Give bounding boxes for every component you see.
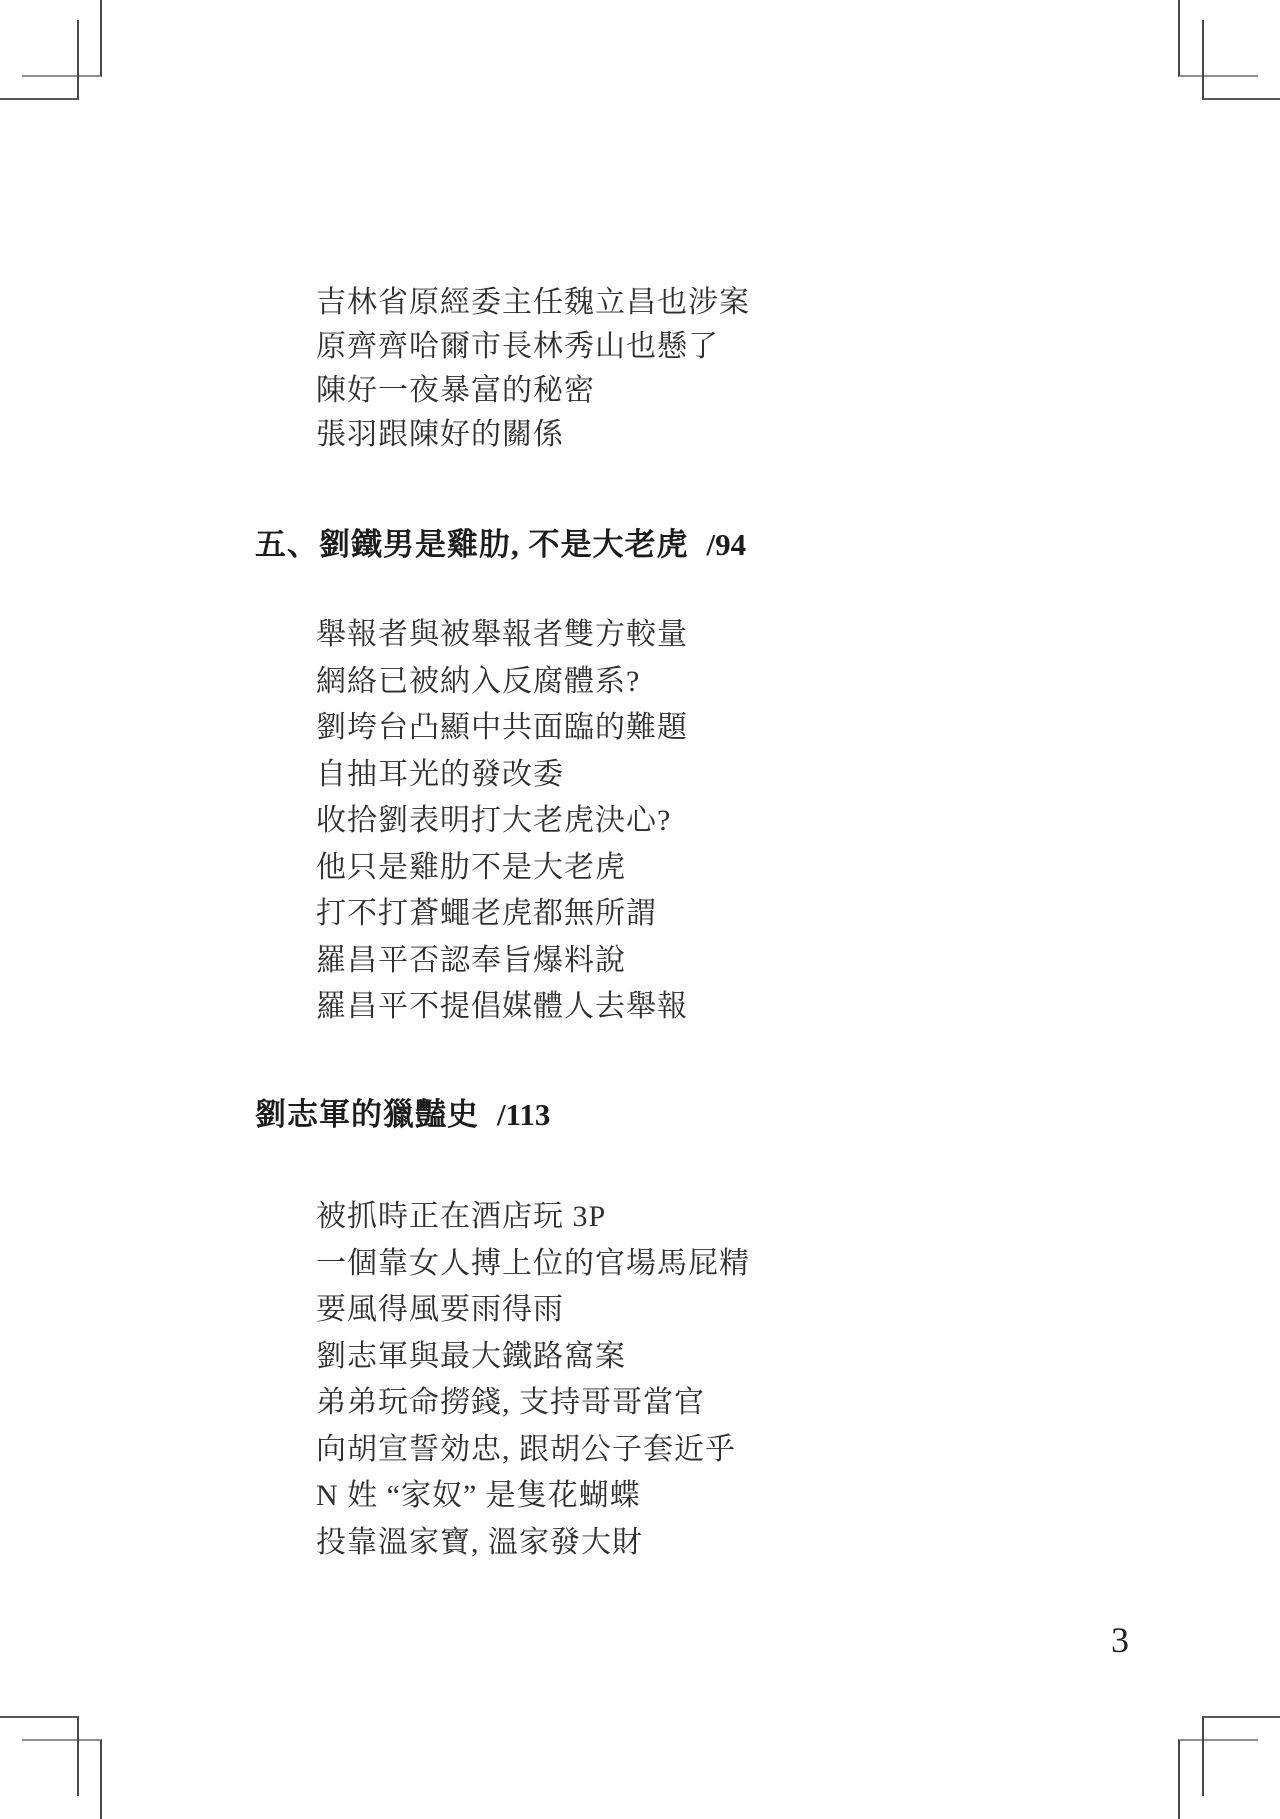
toc-entry: 原齊齊哈爾市長林秀山也懸了 xyxy=(316,325,750,369)
toc-entry: 羅昌平不提倡媒體人去舉報 xyxy=(316,984,688,1031)
crop-mark-top-right-inner xyxy=(1202,20,1280,100)
toc-entry: 弟弟玩命撈錢, 支持哥哥當官 xyxy=(316,1380,750,1427)
toc-entry: 吉林省原經委主任魏立昌也涉案 xyxy=(316,281,750,325)
book-toc-page: 吉林省原經委主任魏立昌也涉案 原齊齊哈爾市長林秀山也懸了 陳好一夜暴富的秘密 張… xyxy=(0,0,1280,1819)
toc-entry: 打不打蒼蠅老虎都無所謂 xyxy=(316,891,688,938)
toc-subentry-list-2: 舉報者與被舉報者雙方較量 網絡已被納入反腐體系? 劉垮台凸顯中共面臨的難題 自抽… xyxy=(316,612,688,1031)
crop-mark-top-left-inner xyxy=(0,20,79,100)
toc-subentry-list-3: 被抓時正在酒店玩 3P 一個靠女人搏上位的官場馬屁精 要風得風要雨得雨 劉志軍與… xyxy=(316,1194,750,1566)
toc-entry: 羅昌平否認奉旨爆料說 xyxy=(316,938,688,985)
chapter-heading-label: 劉志軍的獵豔史 xyxy=(255,1097,479,1132)
toc-entry: 要風得風要雨得雨 xyxy=(316,1287,750,1334)
toc-subentry-list-1: 吉林省原經委主任魏立昌也涉案 原齊齊哈爾市長林秀山也懸了 陳好一夜暴富的秘密 張… xyxy=(316,281,750,457)
chapter-heading-label: 五、劉鐵男是雞肋, 不是大老虎 xyxy=(255,527,689,562)
toc-entry: 劉垮台凸顯中共面臨的難題 xyxy=(316,705,688,752)
chapter-heading: 五、劉鐵男是雞肋, 不是大老虎/94 xyxy=(255,525,746,565)
toc-entry: 自抽耳光的發改委 xyxy=(316,752,688,799)
toc-entry: 劉志軍與最大鐵路窩案 xyxy=(316,1334,750,1381)
toc-entry: 向胡宣誓効忠, 跟胡公子套近乎 xyxy=(316,1427,750,1474)
chapter-page-ref: /94 xyxy=(707,527,747,562)
toc-entry: 舉報者與被舉報者雙方較量 xyxy=(316,612,688,659)
toc-entry: N 姓 “家奴” 是隻花蝴蝶 xyxy=(316,1473,750,1520)
page-number: 3 xyxy=(1100,1620,1140,1660)
crop-mark-bottom-right-inner xyxy=(1202,1716,1280,1796)
toc-entry: 陳好一夜暴富的秘密 xyxy=(316,369,750,413)
toc-entry: 一個靠女人搏上位的官場馬屁精 xyxy=(316,1241,750,1288)
toc-entry: 被抓時正在酒店玩 3P xyxy=(316,1194,750,1241)
crop-mark-bottom-left-inner xyxy=(0,1716,79,1796)
toc-entry: 投靠溫家寶, 溫家發大財 xyxy=(316,1520,750,1567)
toc-entry: 收拾劉表明打大老虎決心? xyxy=(316,798,688,845)
toc-entry: 他只是雞肋不是大老虎 xyxy=(316,845,688,892)
toc-entry: 網絡已被納入反腐體系? xyxy=(316,659,688,706)
chapter-page-ref: /113 xyxy=(497,1097,550,1132)
chapter-heading: 劉志軍的獵豔史/113 xyxy=(255,1095,550,1135)
toc-entry: 張羽跟陳好的關係 xyxy=(316,413,750,457)
